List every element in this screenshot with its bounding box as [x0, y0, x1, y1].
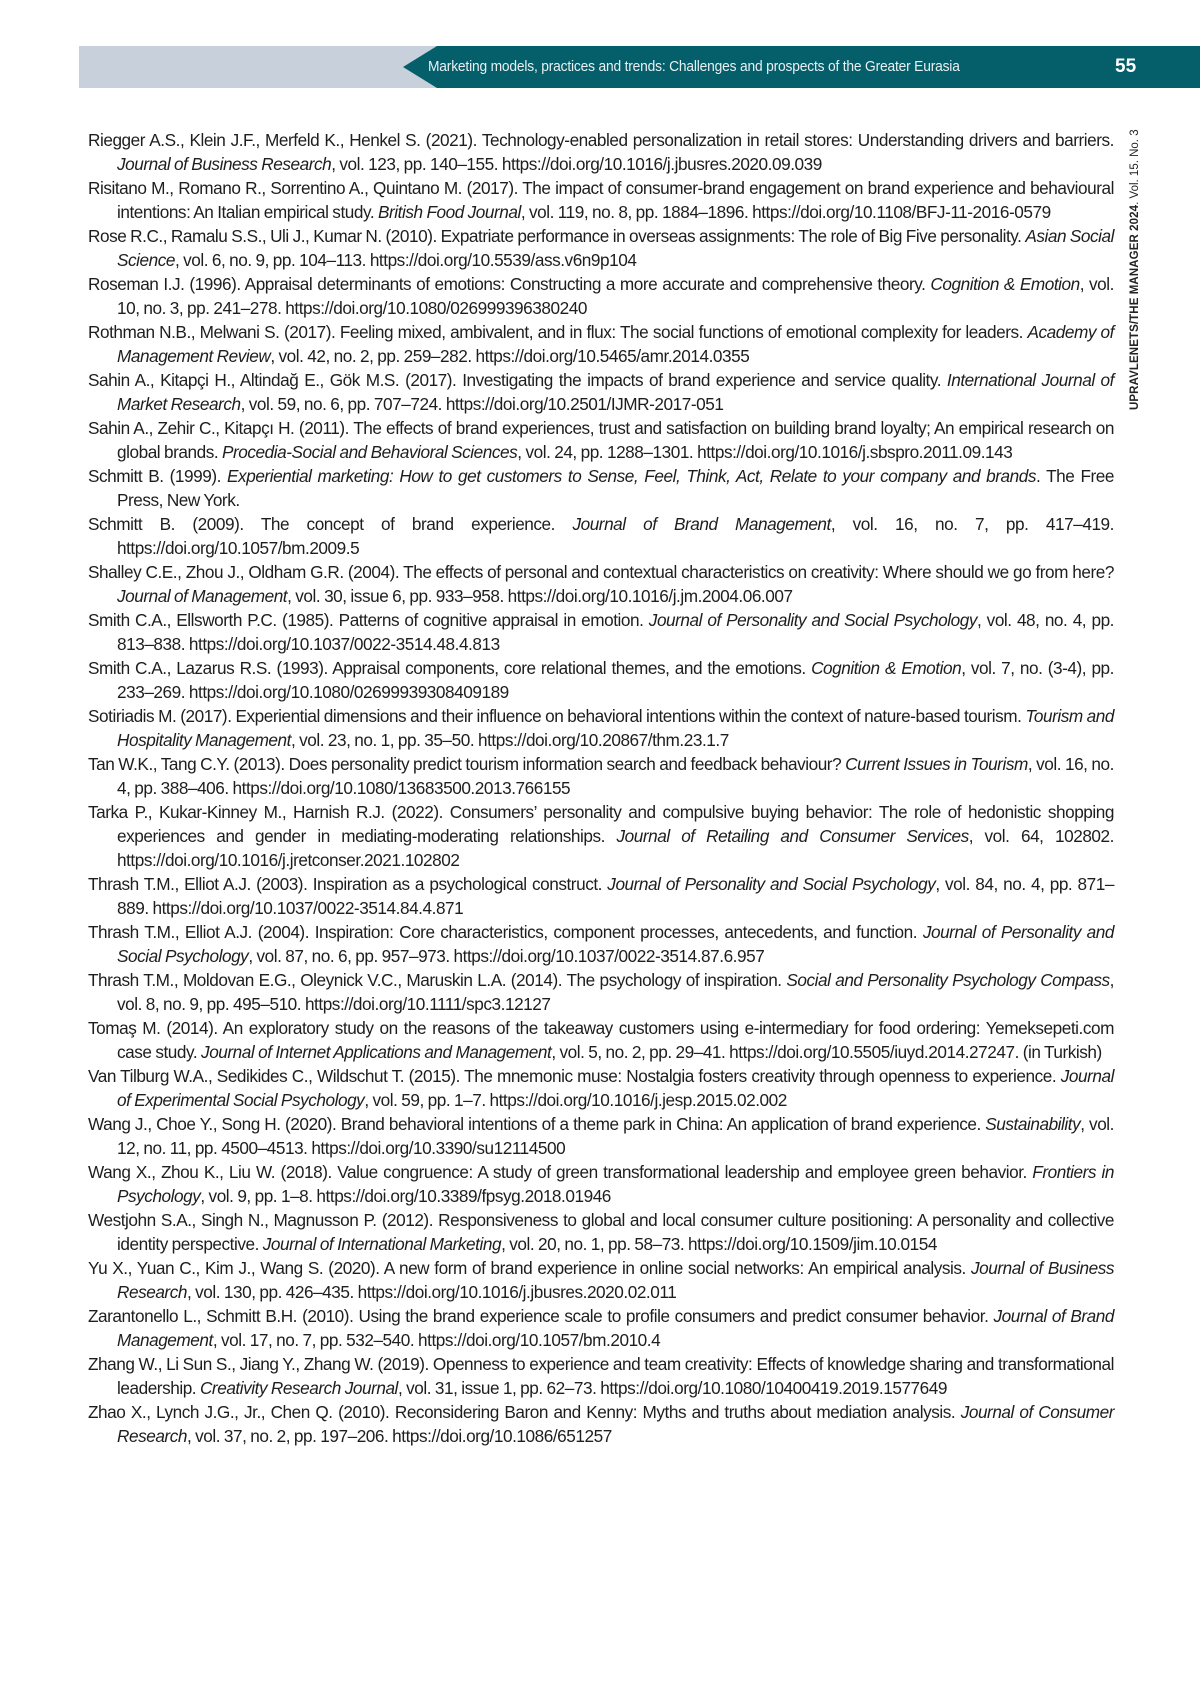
reference-item: Shalley C.E., Zhou J., Oldham G.R. (2004…: [88, 560, 1114, 608]
reference-list: Riegger A.S., Klein J.F., Merfeld K., He…: [88, 128, 1114, 1448]
reference-item: Westjohn S.A., Singh N., Magnusson P. (2…: [88, 1208, 1114, 1256]
reference-item: Wang J., Choe Y., Song H. (2020). Brand …: [88, 1112, 1114, 1160]
reference-item: Zhao X., Lynch J.G., Jr., Chen Q. (2010)…: [88, 1400, 1114, 1448]
reference-item: Sotiriadis M. (2017). Experiential dimen…: [88, 704, 1114, 752]
journal-title: Journal of Personality and Social Psycho…: [607, 874, 935, 894]
book-title: Experiential marketing: How to get custo…: [227, 466, 1036, 486]
journal-title: Current Issues in Tourism: [845, 754, 1028, 774]
reference-item: Zarantonello L., Schmitt B.H. (2010). Us…: [88, 1304, 1114, 1352]
journal-title: Journal of International Marketing: [263, 1234, 501, 1254]
reference-item: Van Tilburg W.A., Sedikides C., Wildschu…: [88, 1064, 1114, 1112]
journal-title: Journal of Retailing and Consumer Servic…: [616, 826, 968, 846]
reference-item: Wang X., Zhou K., Liu W. (2018). Value c…: [88, 1160, 1114, 1208]
reference-item: Yu X., Yuan C., Kim J., Wang S. (2020). …: [88, 1256, 1114, 1304]
reference-item: Schmitt B. (1999). Experiential marketin…: [88, 464, 1114, 512]
reference-item: Sahin A., Zehir C., Kitapçı H. (2011). T…: [88, 416, 1114, 464]
volume-issue: . Vol. 15. No. 3: [1129, 129, 1141, 204]
journal-title: Cognition & Emotion: [811, 658, 961, 678]
reference-item: Rothman N.B., Melwani S. (2017). Feeling…: [88, 320, 1114, 368]
journal-title: Procedia-Social and Behavioral Sciences: [222, 442, 517, 462]
reference-item: Smith C.A., Ellsworth P.C. (1985). Patte…: [88, 608, 1114, 656]
reference-item: Roseman I.J. (1996). Appraisal determina…: [88, 272, 1114, 320]
journal-title: British Food Journal: [378, 202, 521, 222]
journal-title: Journal of Internet Applications and Man…: [201, 1042, 551, 1062]
journal-title: Journal of Personality and Social Psycho…: [649, 610, 977, 630]
journal-title: Journal of Business Research: [117, 154, 331, 174]
reference-item: Risitano M., Romano R., Sorrentino A., Q…: [88, 176, 1114, 224]
reference-item: Thrash T.M., Moldovan E.G., Oleynick V.C…: [88, 968, 1114, 1016]
journal-title: Creativity Research Journal: [200, 1378, 398, 1398]
reference-item: Zhang W., Li Sun S., Jiang Y., Zhang W. …: [88, 1352, 1114, 1400]
running-header: Marketing models, practices and trends: …: [403, 46, 1200, 88]
header-band-gray: [79, 46, 439, 88]
reference-item: Rose R.C., Ramalu S.S., Uli J., Kumar N.…: [88, 224, 1114, 272]
journal-title: Social and Personality Psychology Compas…: [786, 970, 1109, 990]
reference-item: Tarka P., Kukar-Kinney M., Harnish R.J. …: [88, 800, 1114, 872]
running-header-title: Marketing models, practices and trends: …: [428, 46, 960, 88]
journal-title: Journal of Brand Management: [572, 514, 830, 534]
journal-title: Sustainability: [985, 1114, 1080, 1134]
journal-title: Cognition & Emotion: [930, 274, 1079, 294]
page-number: 55: [1115, 46, 1136, 88]
side-running-head: UPRAVLENETS/THE MANAGER 2024. Vol. 15. N…: [1124, 110, 1146, 410]
reference-item: Tan W.K., Tang C.Y. (2013). Does persona…: [88, 752, 1114, 800]
reference-item: Sahin A., Kitapçi H., Altindağ E., Gök M…: [88, 368, 1114, 416]
reference-item: Thrash T.M., Elliot A.J. (2003). Inspira…: [88, 872, 1114, 920]
reference-item: Thrash T.M., Elliot A.J. (2004). Inspira…: [88, 920, 1114, 968]
reference-item: Smith C.A., Lazarus R.S. (1993). Apprais…: [88, 656, 1114, 704]
journal-name: UPRAVLENETS/THE MANAGER 2024: [1129, 205, 1141, 410]
journal-title: Journal of Management: [117, 586, 287, 606]
reference-item: Riegger A.S., Klein J.F., Merfeld K., He…: [88, 128, 1114, 176]
reference-item: Schmitt B. (2009). The concept of brand …: [88, 512, 1114, 560]
reference-item: Tomaş M. (2014). An exploratory study on…: [88, 1016, 1114, 1064]
